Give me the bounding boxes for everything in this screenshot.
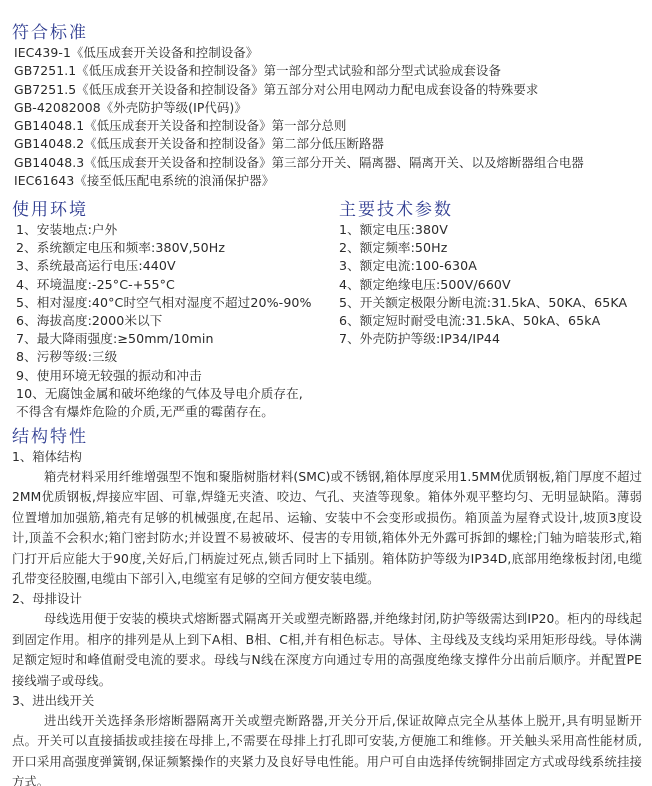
environment-item: 2、系统额定电压和频率:380V,50Hz <box>16 239 312 257</box>
standard-item: GB7251.1《低压成套开关设备和控制设备》第一部分型式试验和部分型式试验成套… <box>14 62 584 80</box>
environment-list: 1、安装地点:户外 2、系统额定电压和频率:380V,50Hz 3、系统最高运行… <box>16 221 312 421</box>
parameter-item: 7、外壳防护等级:IP34/IP44 <box>339 330 627 348</box>
environment-item: 7、最大降雨强度:≥50mm/10min <box>16 330 312 348</box>
environment-heading: 使用环境 <box>12 199 88 221</box>
parameter-item: 1、额定电压:380V <box>339 221 627 239</box>
environment-item: 9、使用环境无较强的振动和冲击 <box>16 367 312 385</box>
environment-item: 8、污秽等级:三级 <box>16 348 312 366</box>
standard-item: GB-42082008《外壳防护等级(IP代码)》 <box>14 99 584 117</box>
structure-section: 1、箱体结构 箱壳材料采用纤维增强型不饱和聚脂树脂材料(SMC)或不锈钢,箱体厚… <box>12 447 642 786</box>
standards-heading: 符合标准 <box>12 22 88 44</box>
standard-item: GB7251.5《低压成套开关设备和控制设备》第五部分对公用电网动力配电成套设备… <box>14 81 584 99</box>
structure-paragraph-switch: 进出线开关选择条形熔断器隔离开关或塑壳断路器,开关分开后,保证故障点完全从基体上… <box>12 711 642 786</box>
standard-item: IEC439-1《低压成套开关设备和控制设备》 <box>14 44 584 62</box>
structure-paragraph-cabinet: 箱壳材料采用纤维增强型不饱和聚脂树脂材料(SMC)或不锈钢,箱体厚度采用1.5M… <box>12 467 642 589</box>
structure-subtitle-cabinet: 1、箱体结构 <box>12 447 642 467</box>
environment-item: 1、安装地点:户外 <box>16 221 312 239</box>
standards-list: IEC439-1《低压成套开关设备和控制设备》 GB7251.1《低压成套开关设… <box>14 44 584 190</box>
environment-item: 4、环境温度:-25°C-+55°C <box>16 276 312 294</box>
parameters-list: 1、额定电压:380V 2、额定频率:50Hz 3、额定电流:100-630A … <box>339 221 627 348</box>
environment-item: 不得含有爆炸危险的介质,无严重的霉菌存在。 <box>16 403 312 421</box>
parameter-item: 3、额定电流:100-630A <box>339 257 627 275</box>
environment-item: 6、海拔高度:2000米以下 <box>16 312 312 330</box>
parameter-item: 4、额定绝缘电压:500V/660V <box>339 276 627 294</box>
standard-item: GB14048.3《低压成套开关设备和控制设备》第三部分开关、隔离器、隔离开关、… <box>14 154 584 172</box>
parameters-heading: 主要技术参数 <box>339 199 453 221</box>
standard-item: GB14048.2《低压成套开关设备和控制设备》第二部分低压断路器 <box>14 135 584 153</box>
structure-paragraph-busbar: 母线选用便于安装的模块式熔断器式隔离开关或塑壳断路器,并绝缘封闭,防护等级需达到… <box>12 609 642 691</box>
environment-item: 5、相对湿度:40°C时空气相对湿度不超过20%-90% <box>16 294 312 312</box>
parameter-item: 6、额定短时耐受电流:31.5kA、50kA、65kA <box>339 312 627 330</box>
structure-subtitle-busbar: 2、母排设计 <box>12 589 642 609</box>
parameter-item: 2、额定频率:50Hz <box>339 239 627 257</box>
parameter-item: 5、开关额定极限分断电流:31.5kA、50KA、65KA <box>339 294 627 312</box>
environment-item: 3、系统最高运行电压:440V <box>16 257 312 275</box>
structure-heading: 结构特性 <box>12 426 88 448</box>
environment-item: 10、无腐蚀金属和破坏绝缘的气体及导电介质存在, <box>16 385 312 403</box>
standard-item: GB14048.1《低压成套开关设备和控制设备》第一部分总则 <box>14 117 584 135</box>
structure-subtitle-switch: 3、进出线开关 <box>12 691 642 711</box>
standard-item: IEC61643《接至低压配电系统的浪涌保护器》 <box>14 172 584 190</box>
